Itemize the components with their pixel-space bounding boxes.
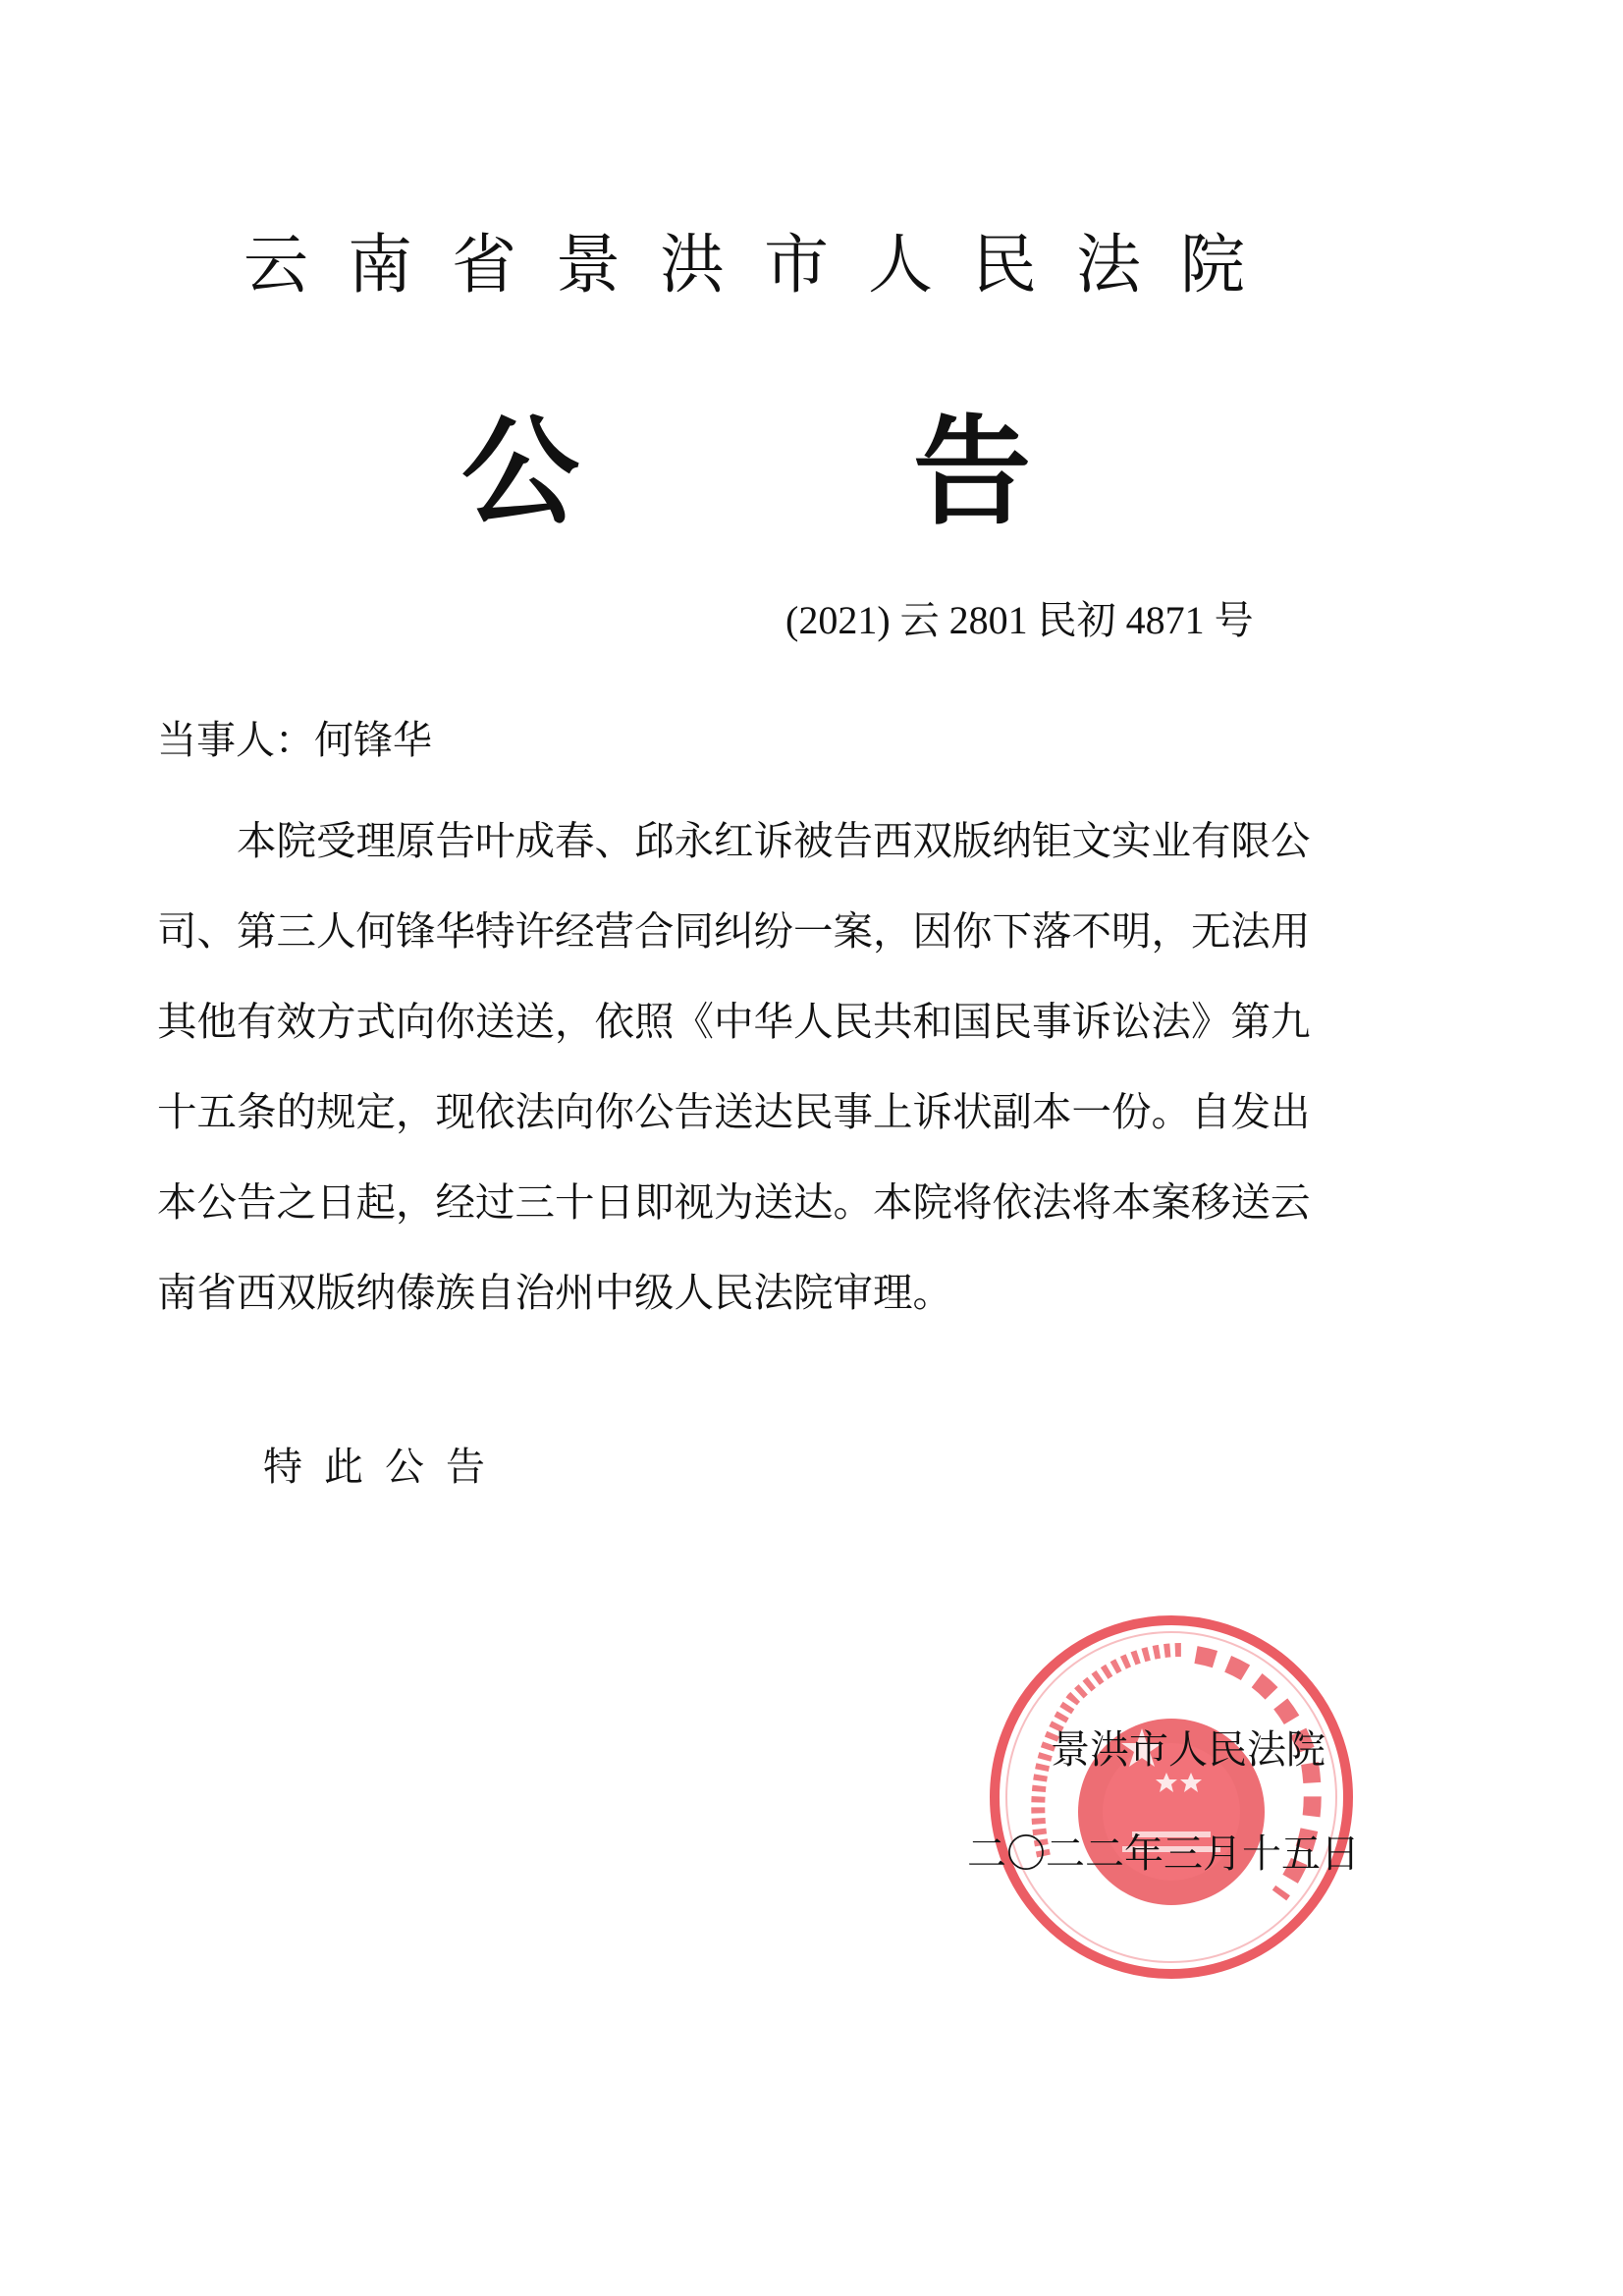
issue-date: 二〇二二年三月十五日 — [967, 1823, 1360, 1879]
court-seal-icon — [985, 1611, 1358, 1984]
body-line: 司、第三人何锋华特许经营合同纠纷一案，因你下落不明，无法用 — [157, 886, 1365, 976]
title-char-2: 告 — [913, 378, 1031, 547]
body-line: 南省西双版纳傣族自治州中级人民法院审理。 — [157, 1247, 1365, 1338]
issuer-signature: 景洪市人民法院 — [1051, 1719, 1325, 1775]
case-number: (2021) 云 2801 民初 4871 号 — [785, 589, 1254, 645]
body-line: 十五条的规定，现依法向你公告送达民事上诉状副本一份。自发出 — [157, 1066, 1365, 1157]
notice-body: 本院受理原告叶成春、邱永红诉被告西双版纳钜文实业有限公 司、第三人何锋华特许经营… — [157, 795, 1365, 1338]
party-line: 当事人：何锋华 — [157, 709, 432, 765]
court-name-header: 云南省景洪市人民法院 — [243, 212, 1284, 305]
body-line: 本公告之日起，经过三十日即视为送达。本院将依法将本案移送云 — [157, 1157, 1365, 1247]
body-line: 本院受理原告叶成春、邱永红诉被告西双版纳钜文实业有限公 — [157, 795, 1365, 886]
closing-phrase: 特此公告 — [263, 1436, 507, 1492]
title-char-1: 公 — [461, 378, 579, 547]
body-line: 其他有效方式向你送送，依照《中华人民共和国民事诉讼法》第九 — [157, 976, 1365, 1066]
